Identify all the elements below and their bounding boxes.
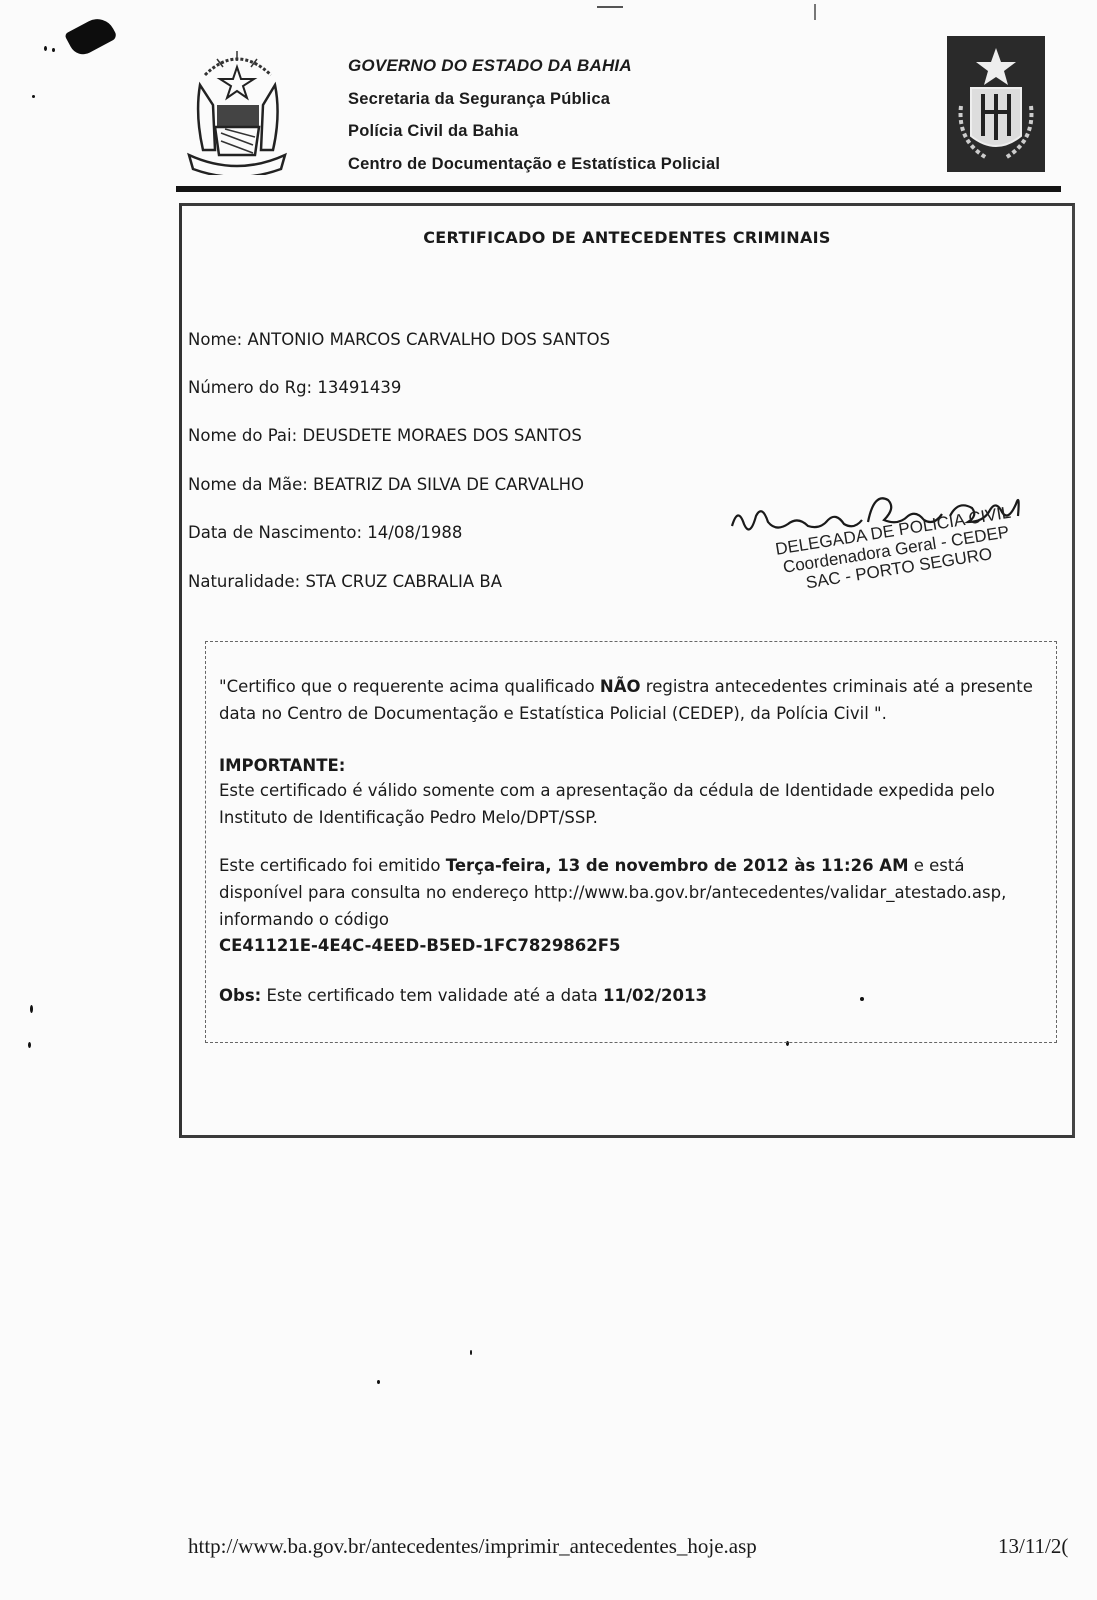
- scan-ink-blot: [64, 13, 118, 59]
- obs-label: Obs:: [219, 986, 261, 1005]
- statement-text: "Certifico que o requerente acima qualif…: [219, 677, 600, 696]
- scan-mark: [597, 6, 623, 8]
- declaration-statement: "Certifico que o requerente acima qualif…: [219, 673, 1049, 727]
- important-text: Este certificado é válido somente com a …: [219, 777, 1049, 831]
- field-name: Nome: ANTONIO MARCOS CARVALHO DOS SANTOS: [188, 330, 610, 349]
- field-value: ANTONIO MARCOS CARVALHO DOS SANTOS: [247, 330, 610, 349]
- obs-text: Este certificado tem validade até a data: [261, 986, 603, 1005]
- header-line-government: GOVERNO DO ESTADO DA BAHIA: [348, 50, 720, 83]
- field-birth-date: Data de Nascimento: 14/08/1988: [188, 523, 462, 542]
- scan-mark: [814, 4, 816, 20]
- header-line-secretariat: Secretaria da Segurança Pública: [348, 83, 720, 116]
- issuance-text: Este certificado foi emitido: [219, 856, 446, 875]
- field-label: Data de Nascimento:: [188, 523, 362, 542]
- field-value: DEUSDETE MORAES DOS SANTOS: [302, 426, 581, 445]
- header-line-police: Polícia Civil da Bahia: [348, 115, 720, 148]
- field-birthplace: Naturalidade: STA CRUZ CABRALIA BA: [188, 572, 502, 591]
- statement-emphasis: NÃO: [600, 677, 641, 696]
- scan-speck: [377, 1380, 380, 1384]
- scan-speck: [30, 1005, 33, 1013]
- bahia-coat-of-arms-icon: [185, 45, 290, 175]
- field-label: Nome:: [188, 330, 242, 349]
- field-value: 13491439: [317, 378, 401, 397]
- validity-date: 11/02/2013: [603, 986, 707, 1005]
- field-rg-number: Número do Rg: 13491439: [188, 378, 401, 397]
- field-label: Nome do Pai:: [188, 426, 297, 445]
- important-heading: IMPORTANTE:: [219, 752, 1049, 779]
- field-father-name: Nome do Pai: DEUSDETE MORAES DOS SANTOS: [188, 426, 582, 445]
- certificate-title: CERTIFICADO DE ANTECEDENTES CRIMINAIS: [179, 228, 1075, 247]
- field-value: 14/08/1988: [367, 523, 462, 542]
- print-date: 13/11/2(: [998, 1534, 1068, 1559]
- validity-note: Obs: Este certificado tem validade até a…: [219, 982, 1049, 1009]
- print-url: http://www.ba.gov.br/antecedentes/imprim…: [188, 1534, 757, 1559]
- scan-speck: [28, 1042, 31, 1048]
- issuance-datetime: Terça-feira, 13 de novembro de 2012 às 1…: [446, 856, 909, 875]
- field-mother-name: Nome da Mãe: BEATRIZ DA SILVA DE CARVALH…: [188, 475, 584, 494]
- header-divider: [176, 186, 1061, 192]
- scan-speck: [32, 95, 35, 98]
- scan-speck: [52, 48, 55, 52]
- header-institution: GOVERNO DO ESTADO DA BAHIA Secretaria da…: [348, 50, 720, 180]
- header-line-center: Centro de Documentação e Estatística Pol…: [348, 148, 720, 181]
- policia-civil-badge-icon: [947, 36, 1045, 172]
- field-value: STA CRUZ CABRALIA BA: [305, 572, 502, 591]
- scan-speck: [470, 1350, 472, 1355]
- field-label: Naturalidade:: [188, 572, 300, 591]
- field-value: BEATRIZ DA SILVA DE CARVALHO: [313, 475, 584, 494]
- field-label: Nome da Mãe:: [188, 475, 308, 494]
- validation-code: CE41121E-4E4C-4EED-B5ED-1FC7829862F5: [219, 932, 1049, 959]
- issuance-info: Este certificado foi emitido Terça-feira…: [219, 852, 1049, 933]
- field-label: Número do Rg:: [188, 378, 312, 397]
- scan-speck: [44, 46, 47, 51]
